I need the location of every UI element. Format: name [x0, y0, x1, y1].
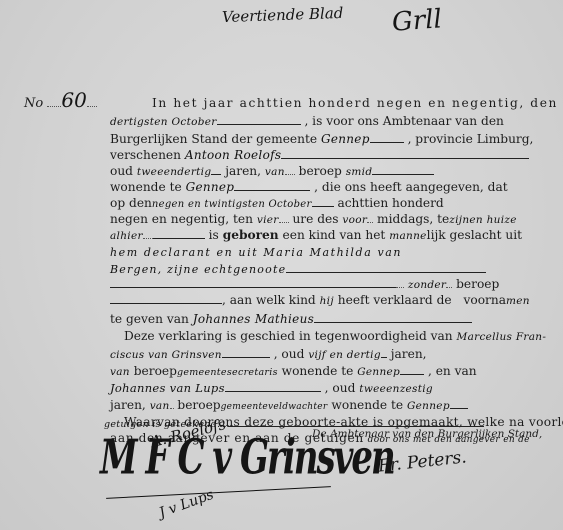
- static-text: is: [209, 228, 219, 242]
- intro-text: In het jaar achttien honderd negen en ne…: [152, 96, 558, 110]
- filled-mother-occupation: zonder: [408, 279, 446, 291]
- static-text: beroep: [299, 164, 342, 178]
- sheet-label: Veertiende Blad: [222, 4, 344, 26]
- text-line-13: , aan welk kind hij heeft verklaard de v…: [110, 291, 547, 310]
- record-number-value: 60: [61, 88, 86, 112]
- filled-alhier: alhier: [110, 230, 143, 242]
- witness-1-underline: [106, 486, 331, 499]
- static-text: oud: [110, 164, 133, 178]
- filled-declarant-name: Antoon Roelofs: [185, 148, 281, 162]
- static-text: op den: [110, 196, 152, 210]
- witness-1-signature: M F C v Grinsven: [100, 430, 394, 486]
- filled-witness-1-name: Marcellus Fran-: [457, 331, 547, 343]
- filled-birth-date: negen en twintigsten October: [152, 199, 312, 210]
- birth-certificate-page: Veertiende Blad Grll No 60 In het jaar a…: [0, 0, 563, 530]
- static-text: verschenen: [110, 148, 181, 162]
- filled-witness-2-residence: Gennep: [407, 400, 450, 412]
- filled-declarant-age: tweeendertig: [137, 166, 211, 178]
- static-text: wonende te: [110, 180, 182, 194]
- static-text-geboren: geboren: [223, 228, 279, 242]
- filled-declarant-residence: Gennep: [186, 180, 235, 194]
- static-text: negen en negentig, ten: [110, 212, 253, 226]
- filled-birth-place: zijnen huize: [449, 214, 516, 226]
- static-text: beroep: [456, 277, 499, 291]
- filled-van: van: [265, 166, 285, 178]
- filled-witness-1-name-cont: ciscus van Grinsven: [110, 349, 222, 361]
- witness-2-signature: J v Lups: [157, 487, 216, 521]
- static-text: , is voor ons Ambtenaar van den: [304, 114, 503, 128]
- filled-hour: vier: [257, 214, 279, 226]
- filled-witness-2-occupation: gemeenteveldwachter: [221, 402, 328, 412]
- static-text: , oud: [274, 347, 305, 361]
- static-text: achttien honderd: [337, 196, 443, 210]
- static-text: een kind van het: [283, 228, 386, 242]
- filled-witness-1-age: vijf en dertig: [308, 349, 381, 361]
- static-text: , aan welk kind: [222, 293, 316, 307]
- static-text: , die ons heeft aangegeven, dat: [314, 180, 507, 194]
- filled-van: van: [150, 400, 170, 412]
- filled-sex: manne: [389, 230, 426, 242]
- static-text: ure des: [292, 212, 338, 226]
- filled-men: men: [506, 295, 530, 307]
- static-text: jaren,: [391, 347, 427, 361]
- record-number: No 60: [24, 88, 97, 112]
- static-text: lijk geslacht uit: [427, 228, 522, 242]
- filled-hij: hij: [320, 295, 334, 307]
- filled-voor: voor: [342, 214, 367, 226]
- record-number-prefix: No: [24, 96, 43, 111]
- static-text: jaren,: [110, 398, 146, 412]
- static-text: heeft verklaard de: [338, 293, 452, 307]
- text-line-19: [110, 368, 547, 387]
- filled-child-names: Johannes Mathieus: [193, 312, 314, 326]
- static-text: voorna: [463, 293, 506, 307]
- filled-declarant-occupation: smid: [346, 166, 373, 178]
- static-text: , provincie Limburg,: [408, 132, 534, 146]
- filled-municipality: Gennep: [321, 132, 370, 146]
- static-text: jaren,: [225, 164, 261, 178]
- text-line-1: In het jaar achttien honderd negen en ne…: [110, 94, 547, 113]
- static-text: Burgerlijken Stand der gemeente: [110, 132, 317, 146]
- text-line-2: dertigsten October , is voor ons Ambtena…: [110, 112, 547, 131]
- initials-signature: Grll: [391, 4, 443, 37]
- text-line-15: Deze verklaring is geschied in tegenwoor…: [110, 327, 547, 346]
- static-text: beroep: [177, 398, 220, 412]
- static-text: Deze verklaring is geschied in tegenwoor…: [124, 329, 453, 343]
- static-text: wonende te: [331, 398, 403, 412]
- filled-date: dertigsten October: [110, 116, 217, 128]
- static-text: te geven van: [110, 312, 189, 326]
- static-text: middags, te: [377, 212, 449, 226]
